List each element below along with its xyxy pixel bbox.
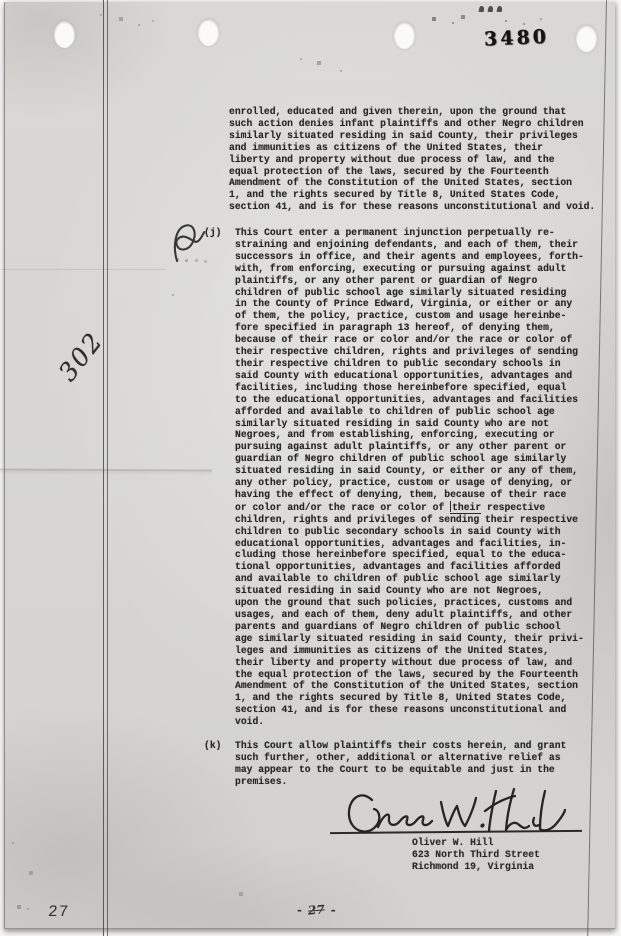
struck-page-number: -27-: [291, 903, 342, 917]
struck-suffix: -: [331, 903, 336, 917]
partial-stamp-top-edge: [477, 0, 523, 12]
item-label-j: (j): [204, 227, 235, 728]
typed-signature-block: Oliver W. Hill 623 North Third Street Ri…: [412, 837, 540, 874]
paragraph-item-j: (j) This Court enter a permanent injunct…: [204, 227, 584, 728]
paper-crease: [0, 269, 165, 270]
punch-hole: [576, 25, 597, 52]
item-j-text-after: respective children, rights and privileg…: [235, 502, 584, 727]
page-stamp-number: 3480: [484, 26, 550, 51]
underlined-word: their: [450, 502, 481, 514]
item-text-j: This Court enter a permanent injunction …: [235, 227, 584, 728]
handwritten-a-mark: [168, 220, 206, 264]
punch-hole: [394, 22, 415, 49]
punch-hole: [54, 21, 75, 48]
punch-hole: [198, 19, 219, 46]
item-j-text-before: This Court enter a permanent injunction …: [235, 227, 584, 513]
struck-prefix: -: [297, 903, 302, 917]
typed-name: Oliver W. Hill: [412, 837, 540, 849]
paragraph-item-k: (k) This Court allow plaintiffs their co…: [204, 740, 566, 788]
struck-value: 27: [308, 902, 326, 917]
faint-ink-dots: [176, 258, 179, 261]
paper-specks: [0, 0, 2, 2]
address-line2: Richmond 19, Virginia: [412, 861, 540, 873]
intro-paragraph: enrolled, educated and given therein, up…: [229, 106, 595, 213]
page-number-bottom-left: 27: [47, 903, 69, 921]
scanned-court-document: 3480 302 enrolled, educated and given th…: [0, 0, 621, 936]
address-line1: 623 North Third Street: [412, 849, 540, 861]
item-label-k: (k): [204, 740, 235, 788]
item-text-k: This Court allow plaintiffs their costs …: [235, 740, 566, 788]
